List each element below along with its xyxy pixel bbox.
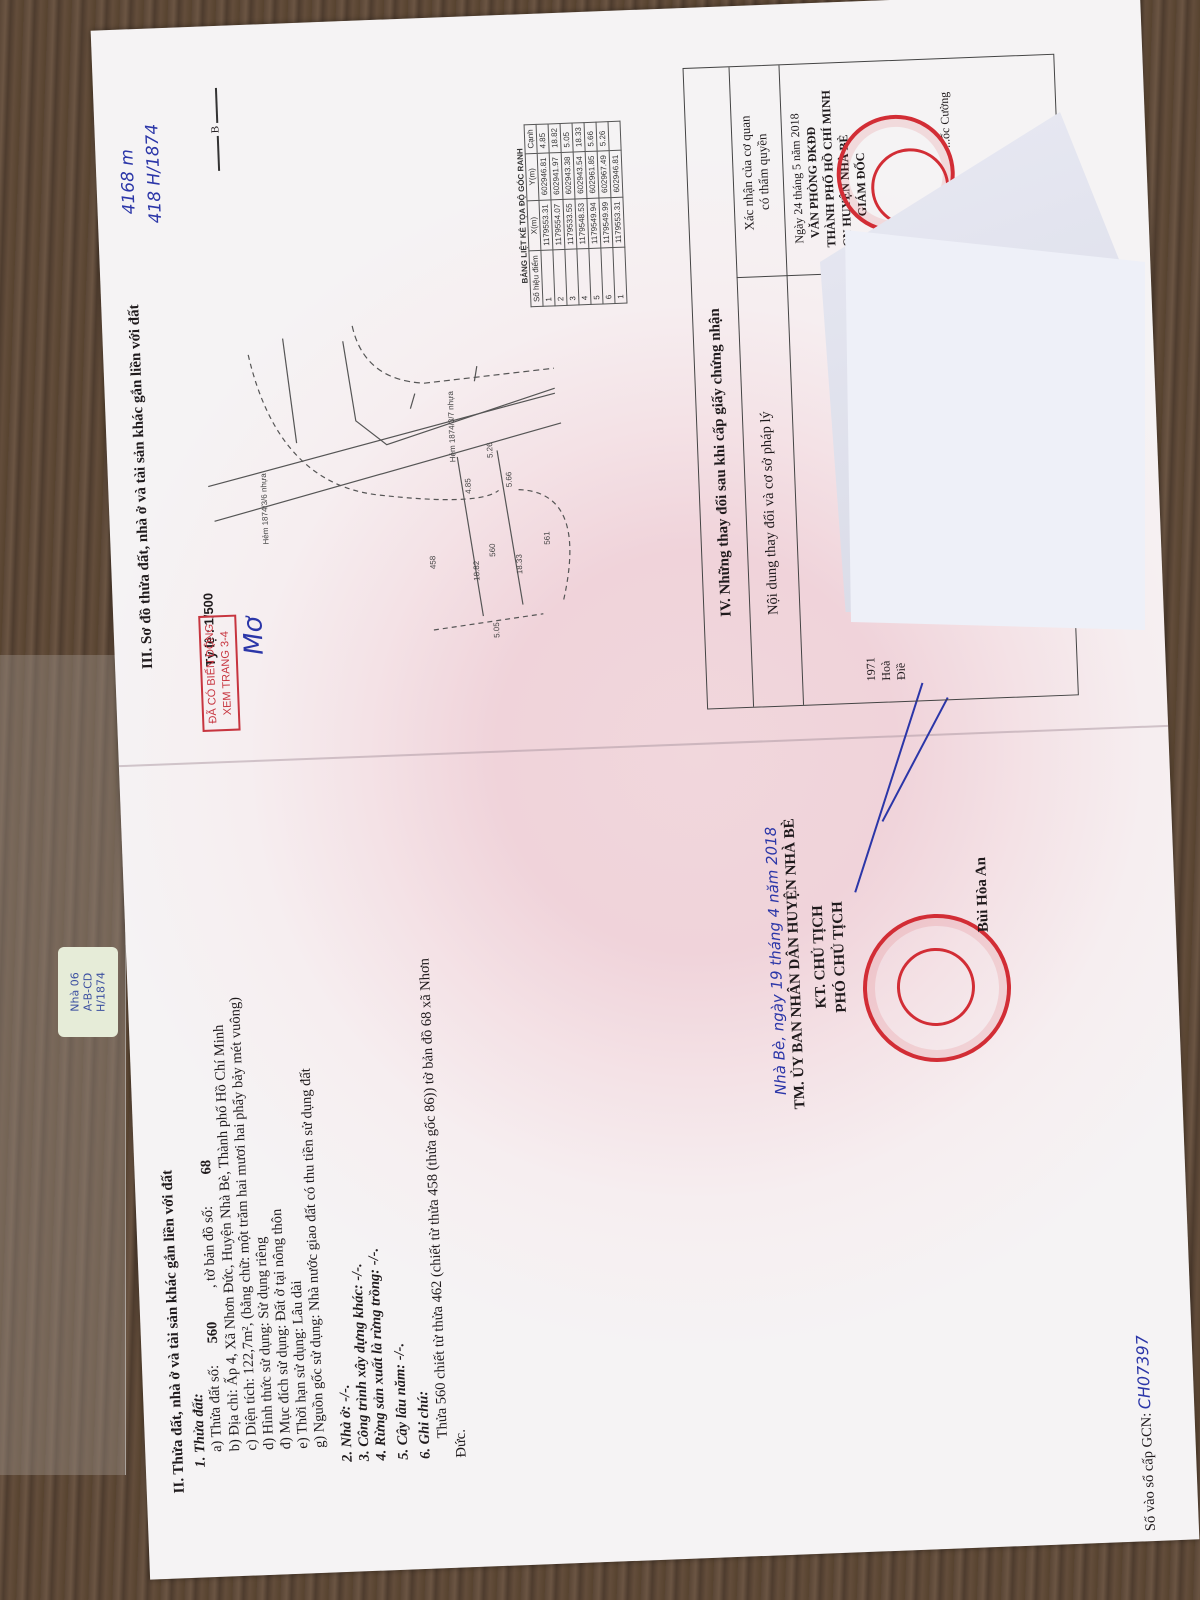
notes-text-cont: Đức. bbox=[451, 1429, 473, 1458]
changes-col-2-line2: có thẩm quyền bbox=[751, 133, 775, 210]
perennial: 5. Cây lâu năm: -/-. bbox=[389, 1343, 414, 1461]
sketch-label: 560 bbox=[488, 543, 498, 557]
sketch-label: 561 bbox=[542, 531, 552, 545]
sketch-label: 5.05 bbox=[492, 622, 502, 638]
notes-text: Thửa 560 chiết từ thửa 462 (chiết từ thử… bbox=[414, 958, 453, 1439]
coord-table: Số hiệu điểmX(m)Y(m)Cạnh 11179553.316029… bbox=[524, 120, 628, 307]
register-line: Số vào sổ cấp GCN: CH07397 bbox=[1131, 1335, 1162, 1532]
sketch-label: 458 bbox=[428, 556, 438, 570]
register-label: Số vào sổ cấp GCN: bbox=[1138, 1412, 1159, 1531]
plastic-sleeve bbox=[0, 655, 126, 1475]
handwritten-note-1: 4168 m bbox=[117, 149, 139, 215]
signer-name: Bùi Hòa An bbox=[973, 857, 993, 933]
handwritten-note-2: 418 H/1874 bbox=[142, 123, 166, 223]
signing-role-1: KT. CHỦ TỊCH bbox=[810, 905, 831, 1009]
sketch-label: 18.82 bbox=[472, 561, 482, 581]
north-arrow: B bbox=[208, 88, 223, 171]
sticky-note-text: Nhà 06 A-B-CD H/1874 bbox=[69, 972, 108, 1012]
page-fold bbox=[119, 725, 1168, 767]
signing-role-2: PHÓ CHỦ TỊCH bbox=[830, 901, 851, 1013]
map-sheet-number: 68 bbox=[198, 1160, 215, 1175]
coord-table-wrap: BẢNG LIỆT KÊ TỌA ĐỘ GÓC RANH Số hiệu điể… bbox=[515, 120, 628, 307]
coord-header: Cạnh bbox=[524, 124, 537, 153]
sketch-label: 4.85 bbox=[463, 478, 473, 494]
envelope-flap bbox=[845, 230, 1145, 630]
signature bbox=[854, 683, 923, 893]
parcel-sketch-svg bbox=[191, 292, 584, 646]
parcel-sketch: Hẻm 1874/3/6 nhựaHẻm 1874/3/7 nhựa458560… bbox=[191, 292, 584, 646]
signature-stroke bbox=[882, 697, 949, 822]
sketch-label: 5.66 bbox=[504, 472, 514, 488]
sketch-label: 18.33 bbox=[515, 554, 525, 574]
north-label: B bbox=[209, 126, 221, 134]
sticky-note: Nhà 06 A-B-CD H/1874 bbox=[58, 947, 118, 1037]
section-ii-title: II. Thửa đất, nhà ở và tài sản khác gắn … bbox=[159, 1170, 188, 1494]
sketch-label: 5.26 bbox=[485, 442, 495, 458]
official-seal bbox=[860, 911, 1014, 1065]
partial-line-3: Điề bbox=[891, 662, 913, 680]
section-iii-title: III. Sơ đồ thửa đất, nhà ở và tài sản kh… bbox=[126, 304, 157, 669]
register-number: CH07397 bbox=[1132, 1335, 1154, 1410]
parcel-number: 560 bbox=[204, 1321, 221, 1343]
